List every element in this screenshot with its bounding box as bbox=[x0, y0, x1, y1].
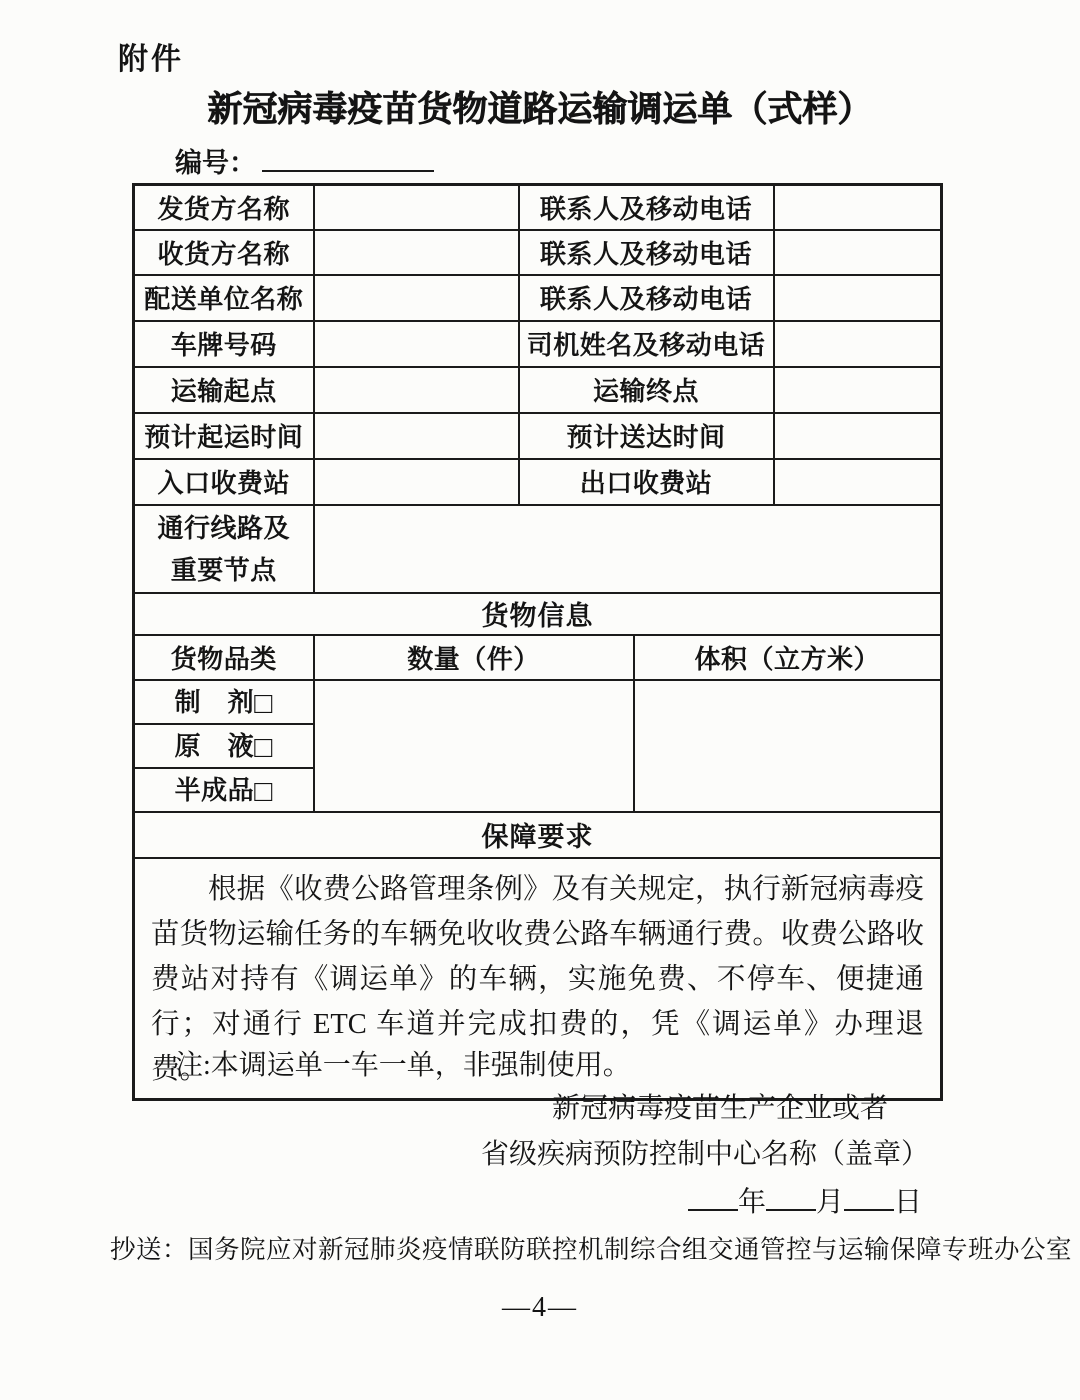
cargo-category-bulk-liquid: 原 液□ bbox=[134, 724, 314, 768]
date-year-blank bbox=[688, 1181, 738, 1211]
shipper-name-label: 发货方名称 bbox=[134, 185, 314, 230]
serial-number-row: 编号： bbox=[175, 140, 434, 180]
plate-number-value bbox=[314, 321, 519, 367]
route-nodes-label-line2: 重要节点 bbox=[135, 549, 313, 591]
transport-origin-value bbox=[314, 367, 519, 413]
table-row-toll-station: 入口收费站 出口收费站 bbox=[134, 459, 942, 505]
arrival-time-value bbox=[774, 413, 942, 459]
table-row-cargo-headers: 货物品类 数量（件） 体积（立方米） bbox=[134, 635, 942, 680]
cargo-category-bulk-liquid-label: 原 液 bbox=[175, 731, 255, 761]
table-row-cargo-preparation: 制 剂□ bbox=[134, 680, 942, 724]
table-row-shipper: 发货方名称 联系人及移动电话 bbox=[134, 185, 942, 230]
transport-origin-label: 运输起点 bbox=[134, 367, 314, 413]
consignee-contact-value bbox=[774, 230, 942, 275]
table-row-guarantee-section: 保障要求 bbox=[134, 812, 942, 858]
page-number: —4— bbox=[0, 1292, 1080, 1324]
shipper-name-value bbox=[314, 185, 519, 230]
cargo-quantity-header: 数量（件） bbox=[314, 635, 634, 680]
cargo-category-header: 货物品类 bbox=[134, 635, 314, 680]
guarantee-section-title: 保障要求 bbox=[134, 812, 942, 858]
route-nodes-value bbox=[314, 505, 942, 593]
document-title: 新冠病毒疫苗货物道路运输调运单（式样） bbox=[0, 82, 1080, 132]
consignee-contact-label: 联系人及移动电话 bbox=[519, 230, 774, 275]
driver-contact-label: 司机姓名及移动电话 bbox=[519, 321, 774, 367]
entry-toll-station-label: 入口收费站 bbox=[134, 459, 314, 505]
dispatch-form-table: 发货方名称 联系人及移动电话 收货方名称 联系人及移动电话 配送单位名称 联系人… bbox=[132, 183, 943, 1101]
table-row-plate-number: 车牌号码 司机姓名及移动电话 bbox=[134, 321, 942, 367]
table-row-origin: 运输起点 运输终点 bbox=[134, 367, 942, 413]
date-month-label: 月 bbox=[816, 1187, 844, 1218]
cargo-section-title: 货物信息 bbox=[134, 593, 942, 635]
departure-time-value bbox=[314, 413, 519, 459]
date-day-label: 日 bbox=[894, 1187, 922, 1218]
transport-destination-label: 运输终点 bbox=[519, 367, 774, 413]
plate-number-label: 车牌号码 bbox=[134, 321, 314, 367]
distributor-contact-label: 联系人及移动电话 bbox=[519, 275, 774, 321]
serial-number-blank bbox=[262, 140, 434, 172]
departure-time-label: 预计起运时间 bbox=[134, 413, 314, 459]
usage-note: 注:本调运单一车一单，非强制使用。 bbox=[175, 1043, 631, 1083]
exit-toll-station-value bbox=[774, 459, 942, 505]
cargo-category-semi-finished: 半成品□ bbox=[134, 768, 314, 812]
transport-destination-value bbox=[774, 367, 942, 413]
distributor-name-label: 配送单位名称 bbox=[134, 275, 314, 321]
consignee-name-label: 收货方名称 bbox=[134, 230, 314, 275]
exit-toll-station-label: 出口收费站 bbox=[519, 459, 774, 505]
driver-contact-value bbox=[774, 321, 942, 367]
scanned-document-page: 附件 新冠病毒疫苗货物道路运输调运单（式样） 编号： 发货方名称 联系人及移动电… bbox=[0, 0, 1080, 1400]
signature-org-line1: 新冠病毒疫苗生产企业或者 bbox=[520, 1086, 920, 1126]
table-row-route: 通行线路及 重要节点 bbox=[134, 505, 942, 593]
table-row-distributor: 配送单位名称 联系人及移动电话 bbox=[134, 275, 942, 321]
cargo-category-semi-finished-label: 半成品 bbox=[175, 775, 255, 805]
distributor-name-value bbox=[314, 275, 519, 321]
semi-finished-checkbox-icon: □ bbox=[254, 775, 273, 808]
shipper-contact-value bbox=[774, 185, 942, 230]
table-row-cargo-section: 货物信息 bbox=[134, 593, 942, 635]
serial-number-label: 编号： bbox=[175, 148, 256, 178]
cargo-quantity-value bbox=[314, 680, 634, 812]
date-year-label: 年 bbox=[738, 1187, 766, 1218]
table-row-consignee: 收货方名称 联系人及移动电话 bbox=[134, 230, 942, 275]
route-nodes-label: 通行线路及 重要节点 bbox=[134, 505, 314, 593]
date-month-blank bbox=[766, 1181, 816, 1211]
attachment-label: 附件 bbox=[118, 34, 184, 78]
route-nodes-label-line1: 通行线路及 bbox=[135, 507, 313, 549]
cargo-volume-header: 体积（立方米） bbox=[634, 635, 942, 680]
cargo-volume-value bbox=[634, 680, 942, 812]
cc-distribution-line: 抄送：国务院应对新冠肺炎疫情联防联控机制综合组交通管控与运输保障专班办公室 bbox=[110, 1230, 970, 1266]
consignee-name-value bbox=[314, 230, 519, 275]
signature-org-line2: 省级疾病预防控制中心名称（盖章） bbox=[460, 1132, 950, 1172]
distributor-contact-value bbox=[774, 275, 942, 321]
cargo-category-preparation-label: 制 剂 bbox=[175, 687, 255, 717]
entry-toll-station-value bbox=[314, 459, 519, 505]
date-day-blank bbox=[844, 1181, 894, 1211]
bulk-liquid-checkbox-icon: □ bbox=[254, 731, 273, 764]
arrival-time-label: 预计送达时间 bbox=[519, 413, 774, 459]
signature-date-line: 年月日 bbox=[600, 1180, 922, 1220]
cargo-category-preparation: 制 剂□ bbox=[134, 680, 314, 724]
shipper-contact-label: 联系人及移动电话 bbox=[519, 185, 774, 230]
preparation-checkbox-icon: □ bbox=[254, 687, 273, 720]
table-row-departure-time: 预计起运时间 预计送达时间 bbox=[134, 413, 942, 459]
